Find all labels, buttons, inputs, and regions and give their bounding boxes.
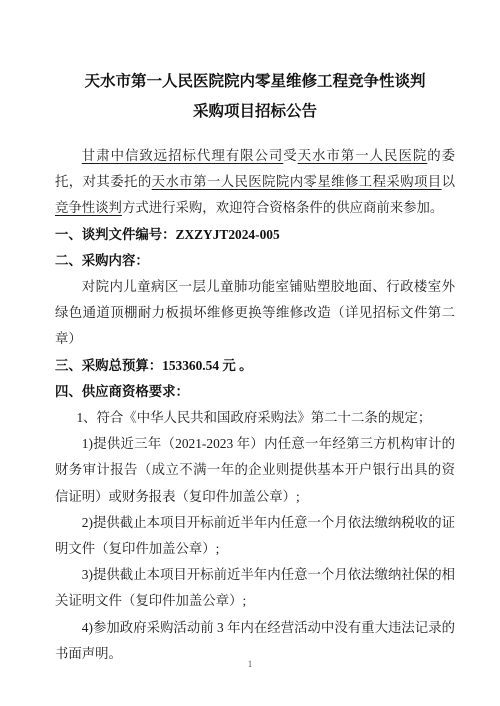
section-budget: 三、采购总预算：153360.54 元 。 (55, 353, 455, 379)
budget-label: 三、采购总预算： (55, 358, 162, 373)
document-page: 天水市第一人民医院院内零星维修工程竞争性谈判 采购项目招标公告 甘肃中信致远招标… (0, 0, 500, 706)
agency-name: 甘肃中信致远招标代理有限公司 (82, 148, 284, 163)
section-content-heading: 二、采购内容： (55, 248, 455, 274)
document-title-line1: 天水市第一人民医院院内零星维修工程竞争性谈判 (55, 67, 455, 97)
intro-paragraph: 甘肃中信致远招标代理有限公司受天水市第一人民医院的委托，对其委托的天水市第一人民… (55, 143, 455, 222)
budget-value: 153360.54 元 。 (162, 358, 252, 373)
doc-number-value: ZXZYJT2024-005 (176, 227, 280, 242)
qualification-subitem-3: 3)提供截止本项目开标前近半年内任意一个月依法缴纳社保的相关证明文件（复印件加盖… (55, 562, 455, 614)
section-doc-number: 一、谈判文件编号：ZXZYJT2024-005 (55, 222, 455, 248)
client-name: 天水市第一人民医院 (298, 148, 428, 163)
document-title: 天水市第一人民医院院内零星维修工程竞争性谈判 采购项目招标公告 (55, 67, 455, 127)
qualification-item-1: 1、符合《中华人民共和国政府采购法》第二十二条的规定； (55, 405, 455, 431)
doc-number-label: 一、谈判文件编号： (55, 227, 176, 242)
intro-text-4: 方式进行采购，欢迎符合资格条件的供应商前来参加。 (122, 200, 443, 215)
intro-text-1: 受 (283, 148, 297, 163)
project-name: 天水市第一人民医院院内零星维修工程采购项目 (152, 174, 442, 189)
document-body: 甘肃中信致远招标代理有限公司受天水市第一人民医院的委托，对其委托的天水市第一人民… (55, 143, 455, 667)
page-number: 1 (0, 659, 500, 669)
section-qualification-heading: 四、供应商资格要求： (55, 379, 455, 405)
intro-text-3: 以 (442, 174, 455, 189)
qualification-subitem-2: 2)提供截止本项目开标前近半年内任意一个月依法缴纳税收的证明文件（复印件加盖公章… (55, 510, 455, 562)
document-title-line2: 采购项目招标公告 (55, 97, 455, 127)
qualification-subitem-1: 1)提供近三年（2021-2023 年）内任意一年经第三方机构审计的财务审计报告… (55, 431, 455, 510)
section-content-body: 对院内儿童病区一层儿童肺功能室铺贴塑胶地面、行政楼室外绿色通道顶棚耐力板损坏维修… (55, 274, 455, 353)
procurement-method: 竞争性谈判 (55, 200, 122, 215)
